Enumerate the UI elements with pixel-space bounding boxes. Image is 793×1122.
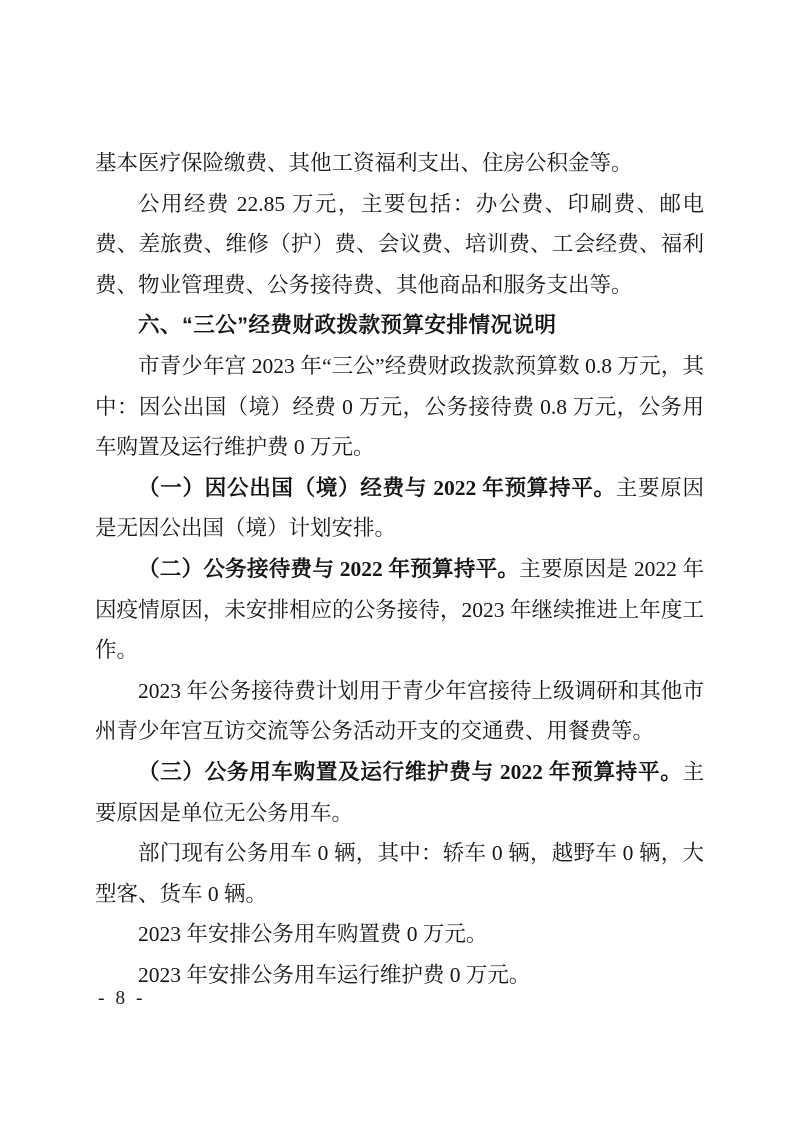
paragraph: （二）公务接待费与 2022 年预算持平。主要原因是 2022 年因疫情原因，未… <box>95 549 704 671</box>
text-run: 基本医疗保险缴费、其他工资福利支出、住房公积金等。 <box>95 151 633 175</box>
bold-text-run: 六、“三公”经费财政拨款预算安排情况说明 <box>138 313 557 337</box>
paragraph: 2023 年公务接待费计划用于青少年宫接待上级调研和其他市州青少年宫互访交流等公… <box>95 671 704 752</box>
paragraph: 公用经费 22.85 万元，主要包括：办公费、印刷费、邮电费、差旅费、维修（护）… <box>95 184 704 306</box>
paragraph: 基本医疗保险缴费、其他工资福利支出、住房公积金等。 <box>95 143 704 184</box>
bold-text-run: （三）公务用车购置及运行维护费与 2022 年预算持平。 <box>138 760 682 784</box>
section-heading: 六、“三公”经费财政拨款预算安排情况说明 <box>95 305 704 346</box>
paragraph: （三）公务用车购置及运行维护费与 2022 年预算持平。主要原因是单位无公务用车… <box>95 752 704 833</box>
paragraph: （一）因公出国（境）经费与 2022 年预算持平。主要原因是无因公出国（境）计划… <box>95 468 704 549</box>
text-run: 公用经费 22.85 万元，主要包括：办公费、印刷费、邮电费、差旅费、维修（护）… <box>95 192 704 297</box>
paragraph: 部门现有公务用车 0 辆，其中：轿车 0 辆，越野车 0 辆，大型客、货车 0 … <box>95 833 704 914</box>
page-number: - 8 - <box>98 988 146 1009</box>
paragraph: 2023 年安排公务用车购置费 0 万元。 <box>95 914 704 955</box>
text-run: 部门现有公务用车 0 辆，其中：轿车 0 辆，越野车 0 辆，大型客、货车 0 … <box>95 841 704 906</box>
document-page: 基本医疗保险缴费、其他工资福利支出、住房公积金等。公用经费 22.85 万元，主… <box>0 0 793 1122</box>
bold-text-run: （一）因公出国（境）经费与 2022 年预算持平。 <box>138 476 616 500</box>
paragraph: 2023 年安排公务用车运行维护费 0 万元。 <box>95 955 704 996</box>
document-body: 基本医疗保险缴费、其他工资福利支出、住房公积金等。公用经费 22.85 万元，主… <box>95 143 704 995</box>
text-run: 2023 年公务接待费计划用于青少年宫接待上级调研和其他市州青少年宫互访交流等公… <box>95 679 704 744</box>
text-run: 2023 年安排公务用车运行维护费 0 万元。 <box>138 963 530 987</box>
bold-text-run: （二）公务接待费与 2022 年预算持平。 <box>138 557 519 581</box>
text-run: 2023 年安排公务用车购置费 0 万元。 <box>138 922 487 946</box>
paragraph: 市青少年宫 2023 年“三公”经费财政拨款预算数 0.8 万元，其中：因公出国… <box>95 346 704 468</box>
page-footer: - 8 - <box>98 988 146 1010</box>
text-run: 市青少年宫 2023 年“三公”经费财政拨款预算数 0.8 万元，其中：因公出国… <box>95 354 704 459</box>
